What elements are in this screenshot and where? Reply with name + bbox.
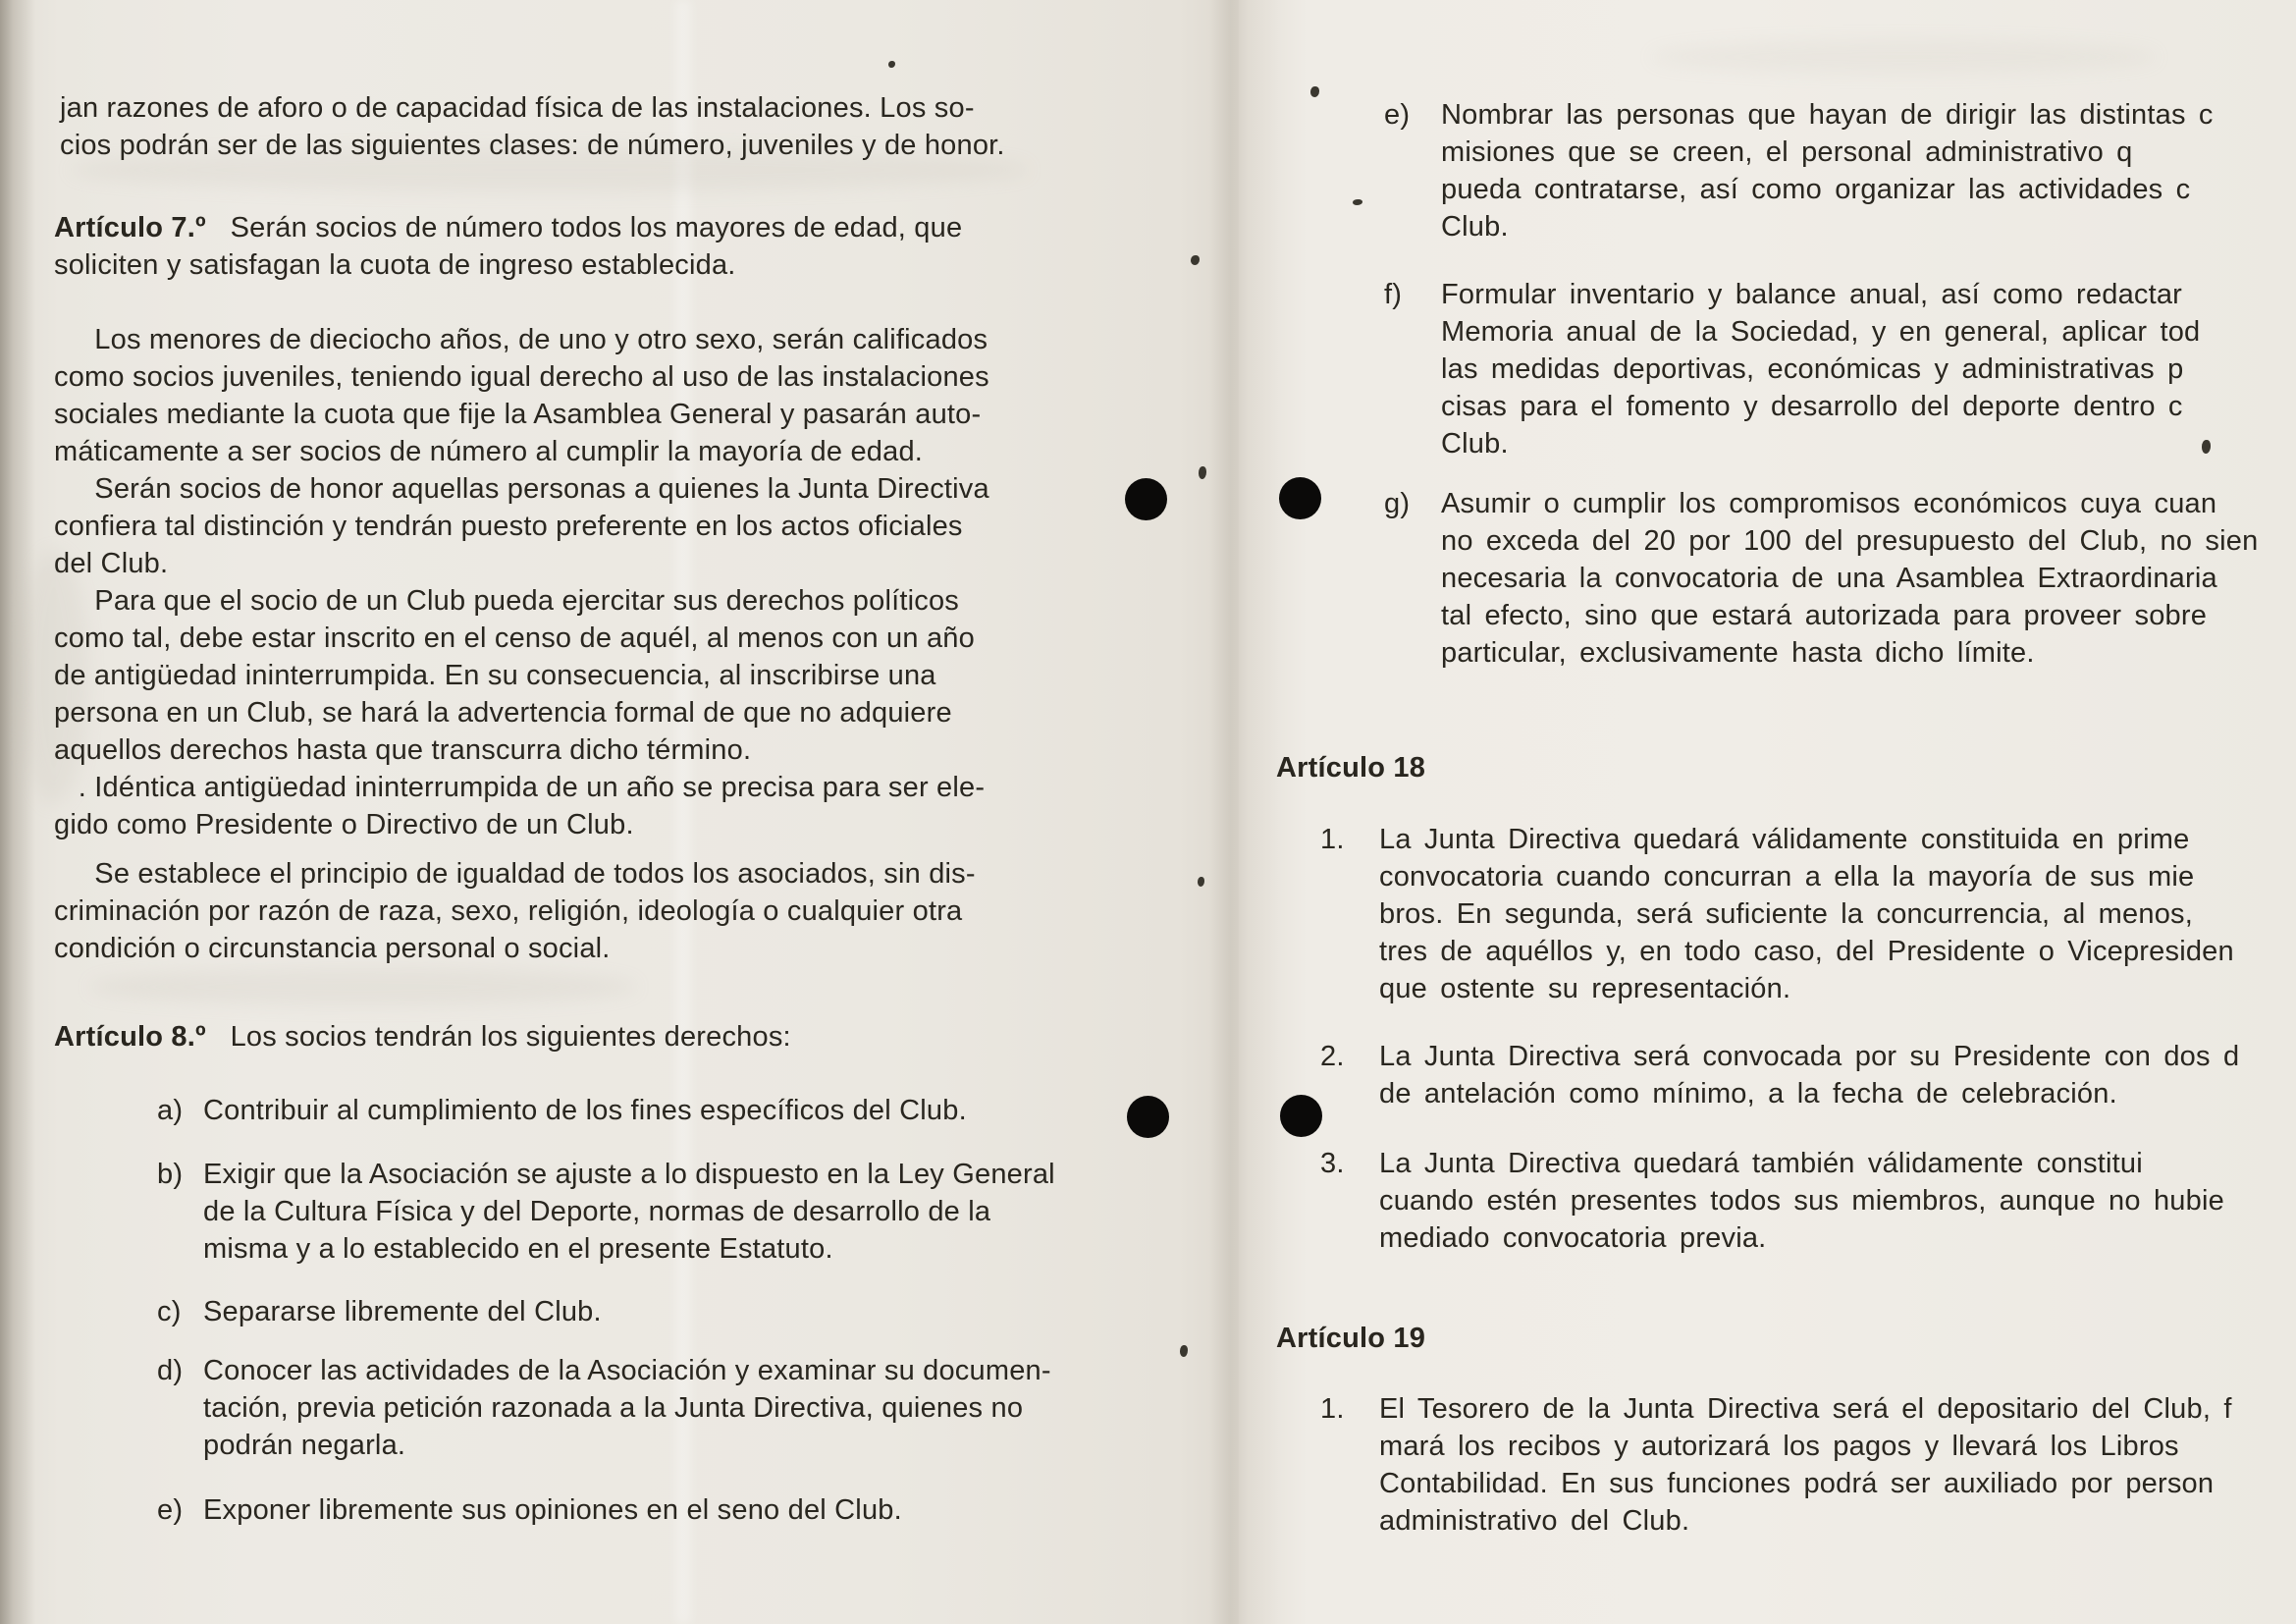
item-marker: a) <box>157 1092 203 1129</box>
item-marker: b) <box>157 1156 203 1268</box>
articulo-19-heading: Artículo 19 <box>1276 1320 1425 1357</box>
articulo-8-text: Los socios tendrán los siguientes derech… <box>206 1021 791 1053</box>
item-marker: d) <box>157 1352 203 1464</box>
item-text: Formular inventario y balance anual, así… <box>1441 276 2200 462</box>
item-marker: e) <box>1384 96 1441 245</box>
paragraph-igualdad: Se establece el principio de igualdad de… <box>54 855 976 967</box>
item-marker: 1. <box>1320 821 1379 1007</box>
ink-showthrough <box>88 967 638 1006</box>
item-text: Contribuir al cumplimiento de los fines … <box>203 1092 967 1129</box>
numbered-item-1: 1. El Tesorero de la Junta Directiva ser… <box>1320 1390 2232 1540</box>
item-marker: 2. <box>1320 1038 1379 1112</box>
item-marker: g) <box>1384 485 1441 672</box>
list-item-e: e) Exponer libremente sus opiniones en e… <box>157 1491 902 1529</box>
list-item-g: g) Asumir o cumplir los compromisos econ… <box>1384 485 2258 672</box>
list-item-b: b) Exigir que la Asociación se ajuste a … <box>157 1156 1055 1268</box>
item-text: Conocer las actividades de la Asociación… <box>203 1352 1051 1464</box>
scan-edge-shadow <box>0 0 35 1624</box>
list-item-d: d) Conocer las actividades de la Asociac… <box>157 1352 1051 1464</box>
item-marker: c) <box>157 1293 203 1330</box>
paragraph-intro: jan razones de aforo o de capacidad físi… <box>60 89 1005 164</box>
ink-showthrough <box>1649 39 2160 75</box>
item-text: Nombrar las personas que hayan de dirigi… <box>1441 96 2214 245</box>
binding-hole-dot <box>1280 1095 1322 1137</box>
item-text: Asumir o cumplir los compromisos económi… <box>1441 485 2258 672</box>
item-text: La Junta Directiva quedará válidamente c… <box>1379 821 2234 1007</box>
list-item-f: f) Formular inventario y balance anual, … <box>1384 276 2200 462</box>
item-marker: 3. <box>1320 1145 1379 1257</box>
page-gutter-fold <box>1209 0 1280 1624</box>
scanned-document: jan razones de aforo o de capacidad físi… <box>0 0 2296 1624</box>
list-item-a: a) Contribuir al cumplimiento de los fin… <box>157 1092 967 1129</box>
item-text: Exigir que la Asociación se ajuste a lo … <box>203 1156 1055 1268</box>
list-item-c: c) Separarse libremente del Club. <box>157 1293 602 1330</box>
articulo-8-label: Artículo 8.º <box>54 1021 206 1053</box>
item-text: Separarse libremente del Club. <box>203 1293 602 1330</box>
item-marker: 1. <box>1320 1390 1379 1540</box>
binding-hole-dot <box>1125 478 1167 520</box>
item-text: Exponer libremente sus opiniones en el s… <box>203 1491 902 1529</box>
list-item-e: e) Nombrar las personas que hayan de dir… <box>1384 96 2214 245</box>
numbered-item-2: 2. La Junta Directiva será convocada por… <box>1320 1038 2239 1112</box>
item-text: La Junta Directiva será convocada por su… <box>1379 1038 2239 1112</box>
paragraph-articulo-7: Artículo 7.º Serán socios de número todo… <box>54 209 962 284</box>
paragraph-socios-body: Los menores de dieciocho años, de uno y … <box>54 321 989 843</box>
item-marker: e) <box>157 1491 203 1529</box>
item-marker: f) <box>1384 276 1441 462</box>
item-text: El Tesorero de la Junta Directiva será e… <box>1379 1390 2232 1540</box>
articulo-18-heading: Artículo 18 <box>1276 749 1425 786</box>
paragraph-articulo-8: Artículo 8.º Los socios tendrán los sigu… <box>54 1018 791 1056</box>
numbered-item-3: 3. La Junta Directiva quedará también vá… <box>1320 1145 2224 1257</box>
articulo-7-label: Artículo 7.º <box>54 212 206 244</box>
numbered-item-1: 1. La Junta Directiva quedará válidament… <box>1320 821 2234 1007</box>
item-text: La Junta Directiva quedará también válid… <box>1379 1145 2224 1257</box>
binding-hole-dot <box>1127 1096 1169 1138</box>
binding-hole-dot <box>1279 477 1321 519</box>
